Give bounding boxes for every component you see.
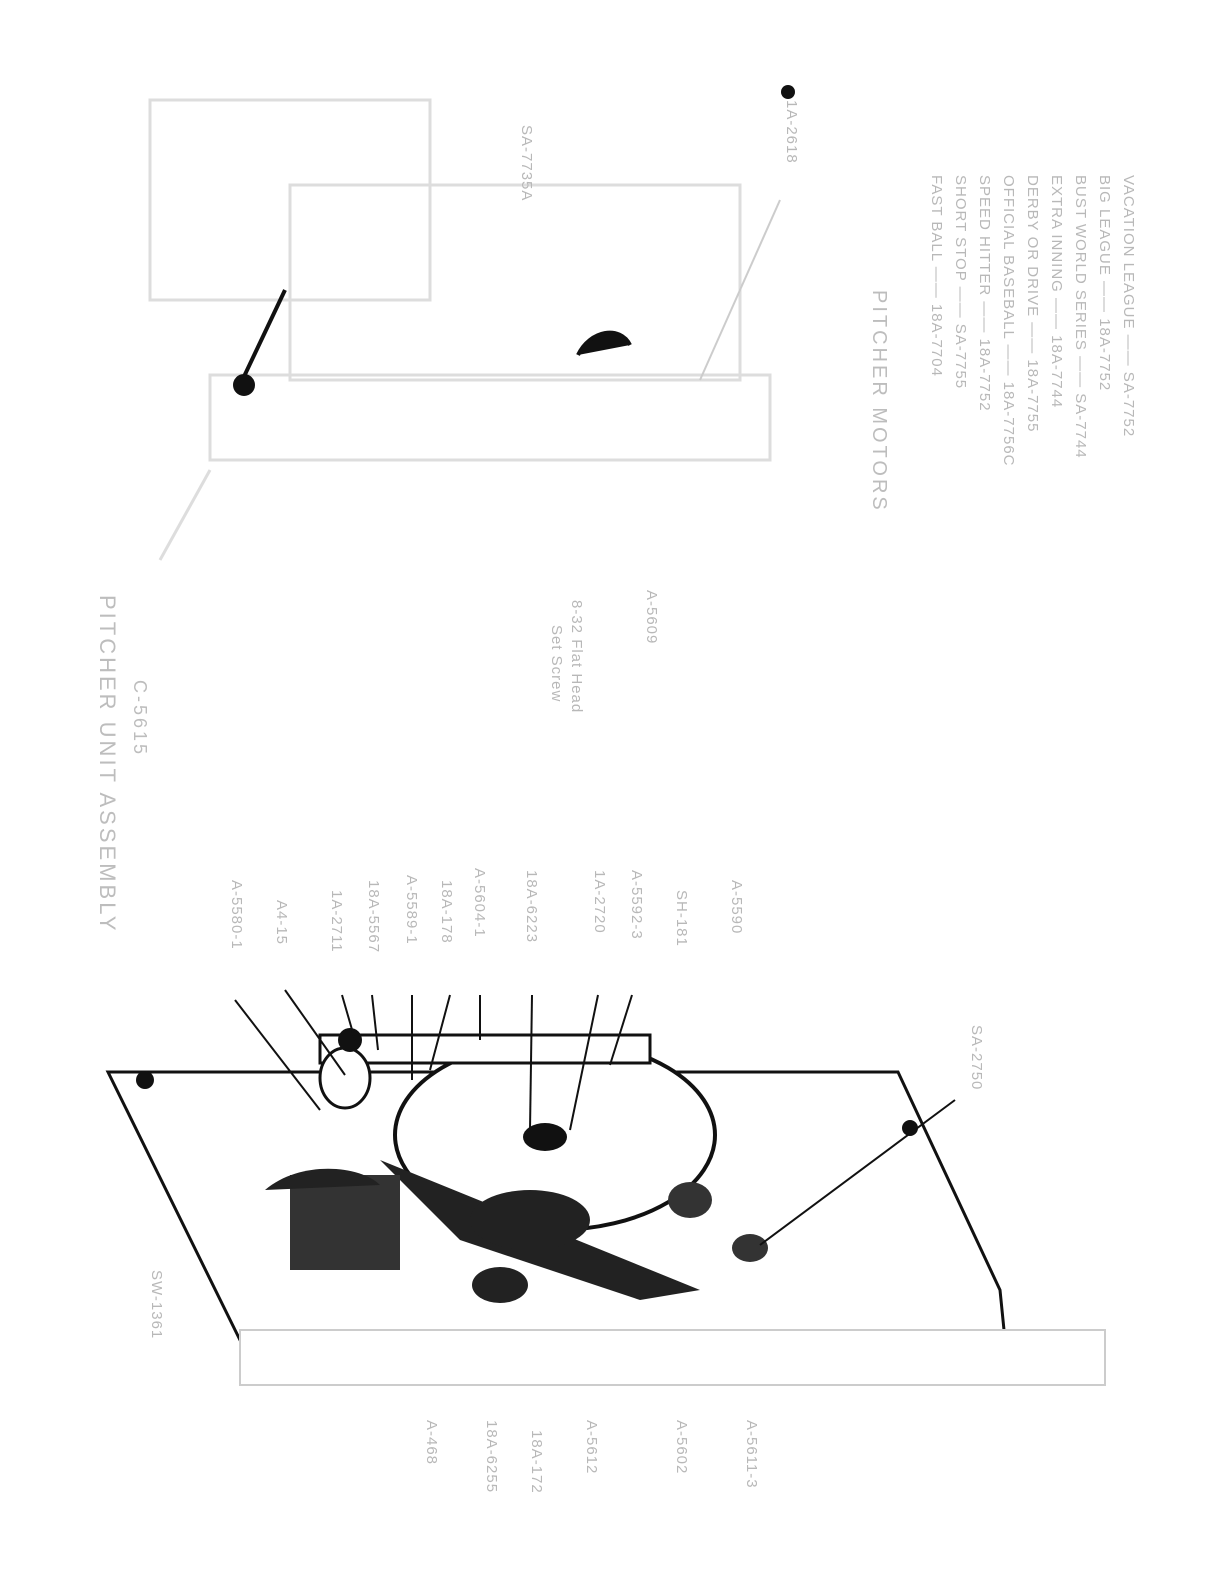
- callout-4: A-5589-1: [403, 875, 420, 945]
- callout-6: A-5604-1: [471, 868, 488, 938]
- callout-9: A-5592-3: [628, 870, 645, 940]
- label-sa-7735a: SA-7735A: [518, 125, 535, 201]
- callout-2: 1A-2711: [328, 890, 345, 953]
- callout-3: 18A-5567: [365, 880, 382, 953]
- motor-row: FAST BALL —— 18A-7704: [928, 175, 945, 377]
- callout-7: 18A-6223: [523, 870, 540, 943]
- callout-bottom-1: 18A-6255: [483, 1420, 500, 1493]
- motor-row: SHORT STOP —— SA-7755: [952, 175, 969, 389]
- switch-label: SW-1361: [148, 1270, 165, 1339]
- callout-bottom-5: A-5611-3: [743, 1420, 760, 1489]
- motor-row: BIG LEAGUE —— 18A-7752: [1096, 175, 1113, 391]
- motor-row: BUST WORLD SERIES —— SA-7744: [1072, 175, 1089, 459]
- callout-bottom-3: A-5612: [583, 1420, 600, 1474]
- motor-row: SPEED HITTER —— 18A-7752: [976, 175, 993, 412]
- motors-heading: PITCHER MOTORS: [867, 290, 890, 513]
- callout-bottom-0: A-468: [423, 1420, 440, 1465]
- set-screw-note-2: Set Screw: [548, 625, 565, 702]
- label-1a-2618: 1A-2618: [783, 100, 800, 164]
- pitcher-unit-drawing: [0, 0, 1227, 1586]
- motor-row: VACATION LEAGUE —— SA-7752: [1120, 175, 1137, 437]
- motor-row: OFFICIAL BASEBALL —— 18A-7756C: [1000, 175, 1017, 467]
- callout-0: A-5580-1: [228, 880, 245, 950]
- assembly-title: PITCHER UNIT ASSEMBLY: [94, 595, 120, 933]
- set-screw-note-1: 8-32 Flat Head: [568, 600, 585, 713]
- callout-11: A-5590: [728, 880, 745, 934]
- label-a-5609: A-5609: [643, 590, 660, 644]
- callout-10: SH-181: [673, 890, 690, 947]
- callout-5: 18A-178: [438, 880, 455, 944]
- motor-row: EXTRA INNING —— 18A-7744: [1048, 175, 1065, 408]
- assembly-number: C-5615: [129, 680, 150, 757]
- callout-bottom-4: A-5602: [673, 1420, 690, 1474]
- callout-1: A4-15: [273, 900, 290, 945]
- plate-label: SA-2750: [968, 1025, 985, 1090]
- callout-8: 1A-2720: [591, 870, 608, 934]
- callout-bottom-2: 18A-172: [528, 1430, 545, 1494]
- motor-row: DERBY OR DRIVE —— 18A-7755: [1024, 175, 1041, 432]
